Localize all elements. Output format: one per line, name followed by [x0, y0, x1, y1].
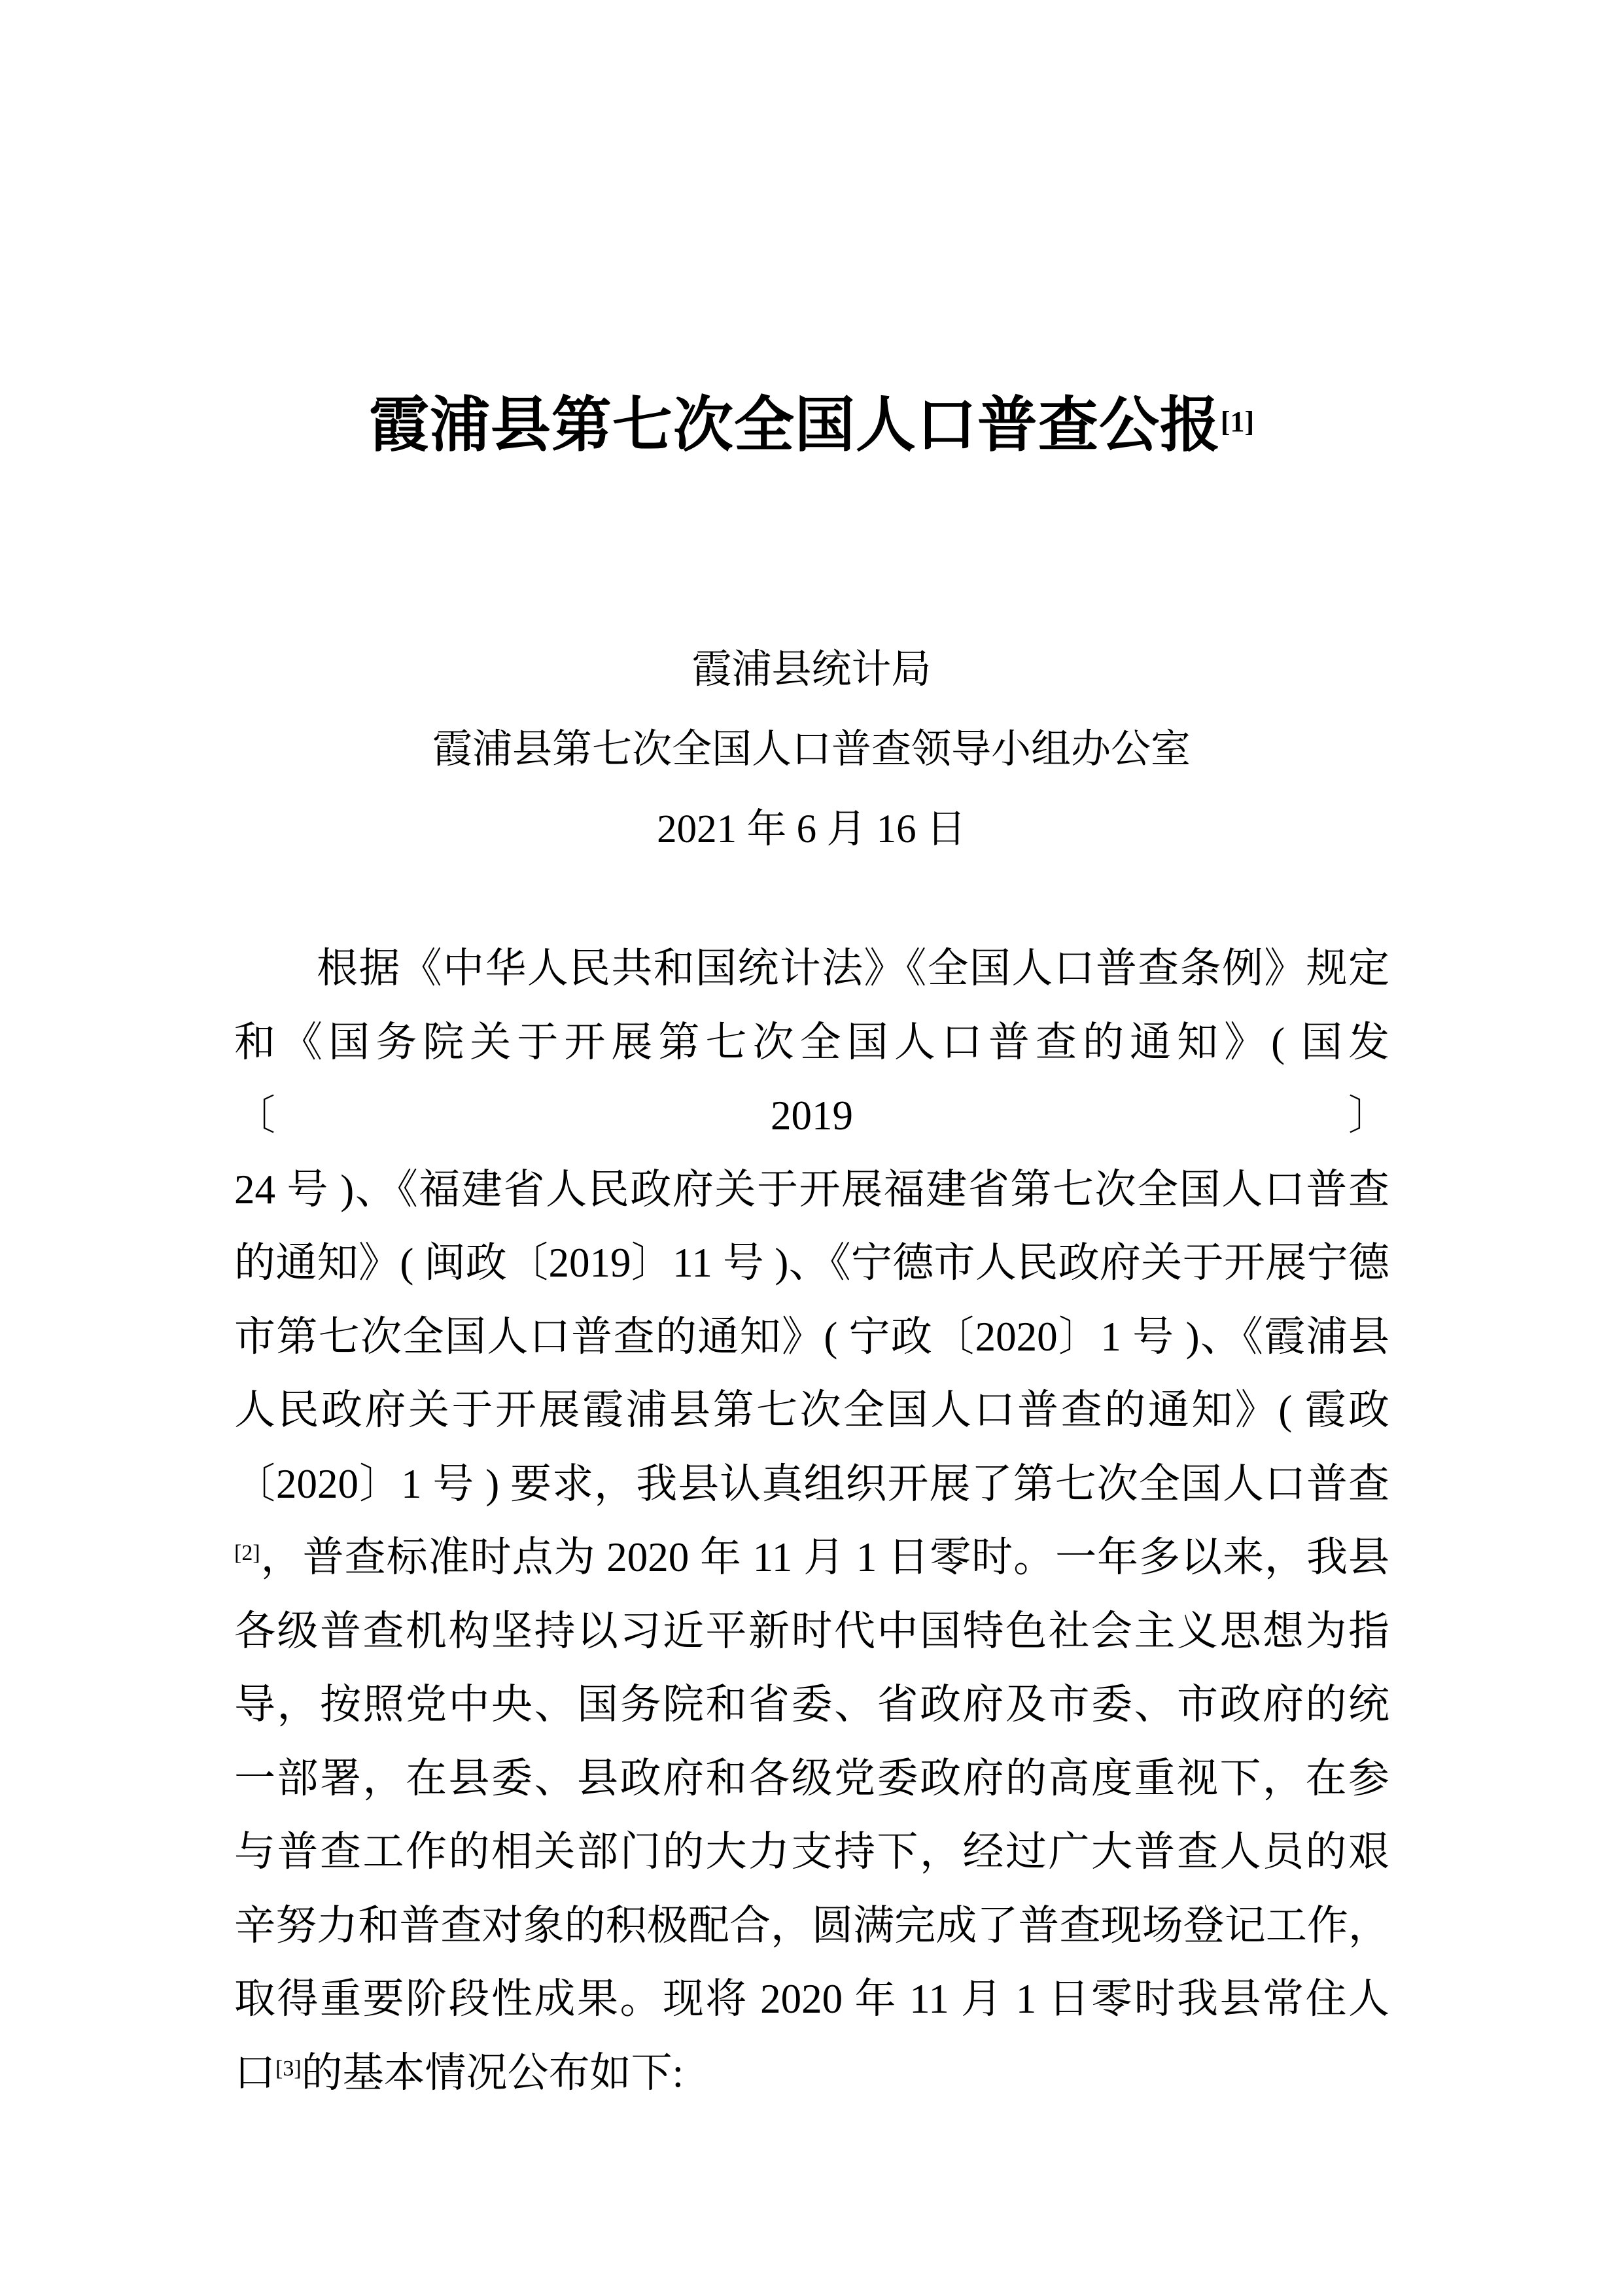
body-line: 〔2020〕1 号 ) 要求，我县认真组织开展了第七次全国人口普查 — [234, 1447, 1389, 1521]
footnote-ref: [3] — [275, 2057, 302, 2081]
title-footnote-ref: [1] — [1221, 406, 1254, 438]
body-line: 与普查工作的相关部门的大力支持下，经过广大普查人员的艰 — [234, 1815, 1389, 1889]
body-line: 人民政府关于开展霞浦县第七次全国人口普查的通知》( 霞政 — [234, 1373, 1389, 1447]
agency-name: 霞浦县统计局 — [0, 630, 1623, 710]
body-line: 取得重要阶段性成果。现将 2020 年 11 月 1 日零时我县常住人 — [234, 1962, 1389, 2036]
document-title-text: 霞浦县第七次全国人口普查公报 — [369, 392, 1221, 459]
body-line: 和《国务院关于开展第七次全国人口普查的通知》( 国发〔2019〕 — [234, 1006, 1389, 1153]
document-title: 霞浦县第七次全国人口普查公报[1] — [0, 383, 1623, 464]
census-office-name: 霞浦县第七次全国人口普查领导小组办公室 — [0, 710, 1623, 790]
body-line: 各级普查机构坚持以习近平新时代中国特色社会主义思想为指 — [234, 1595, 1389, 1669]
footnote-ref: [2] — [234, 1541, 260, 1565]
body-line: 口[3]的基本情况公布如下: — [234, 2036, 1389, 2110]
body-line: 导，按照党中央、国务院和省委、省政府及市委、市政府的统 — [234, 1668, 1389, 1742]
body-line: 辛努力和普查对象的积极配合，圆满完成了普查现场登记工作， — [234, 1889, 1389, 1963]
body-line: [2]，普查标准时点为 2020 年 11 月 1 日零时。一年多以来，我县 — [234, 1521, 1389, 1595]
publication-date: 2021 年 6 月 16 日 — [0, 790, 1623, 870]
body-line: 根据《中华人民共和国统计法》《全国人口普查条例》规定 — [234, 932, 1389, 1006]
body-line: 市第七次全国人口普查的通知》( 宁政〔2020〕1 号 )、《霞浦县 — [234, 1300, 1389, 1374]
body-paragraph: 根据《中华人民共和国统计法》《全国人口普查条例》规定和《国务院关于开展第七次全国… — [234, 932, 1389, 2110]
body-line: 24 号 )、《福建省人民政府关于开展福建省第七次全国人口普查 — [234, 1153, 1389, 1227]
document-page: 霞浦县第七次全国人口普查公报[1] 霞浦县统计局 霞浦县第七次全国人口普查领导小… — [0, 0, 1623, 2296]
body-line: 一部署，在县委、县政府和各级党委政府的高度重视下，在参 — [234, 1742, 1389, 1816]
byline-block: 霞浦县统计局 霞浦县第七次全国人口普查领导小组办公室 2021 年 6 月 16… — [0, 630, 1623, 870]
body-line: 的通知》( 闽政〔2019〕11 号 )、《宁德市人民政府关于开展宁德 — [234, 1226, 1389, 1300]
